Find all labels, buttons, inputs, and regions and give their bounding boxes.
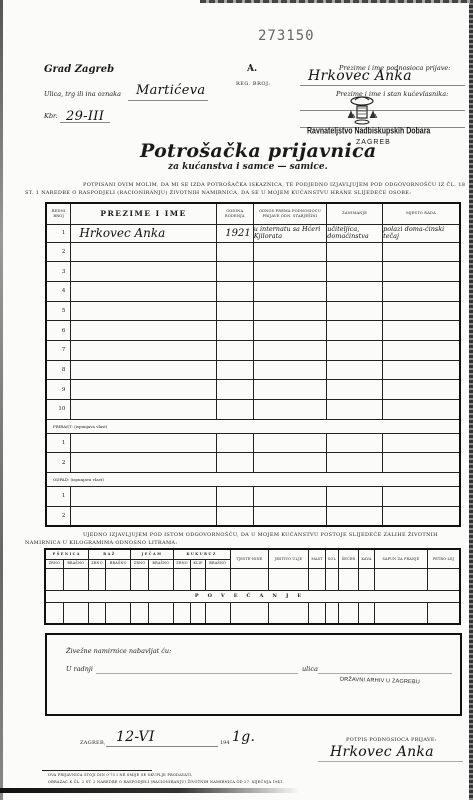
stock-cell[interactable] — [230, 568, 268, 590]
occupation-cell[interactable] — [327, 301, 383, 321]
table-row: 5 — [46, 301, 460, 321]
document-page: 273150 Grad Zagreb A. REG. BROJ: Ulica, … — [0, 0, 473, 800]
occupation-cell[interactable] — [327, 433, 383, 453]
stock-cell[interactable] — [374, 568, 427, 590]
workplace-cell[interactable] — [383, 281, 460, 301]
sub-brasno: BRAŠNO — [106, 559, 131, 568]
page-title: Potrošačka prijavnica — [140, 140, 377, 162]
occupation-cell[interactable] — [327, 506, 383, 526]
signature-label: POTPIS PODNOSIOCA PRIJAVE: — [346, 737, 437, 743]
row-number: 1 — [46, 487, 71, 507]
prirast-section-header: PRIRAST: (ispunjava vlast) — [46, 419, 460, 433]
occupation-cell[interactable] — [327, 281, 383, 301]
date-underline — [106, 746, 218, 747]
stock-cell[interactable] — [63, 568, 88, 590]
stamp-text: Ravnateljstvo Nadbiskupskih Dobara — [307, 127, 430, 136]
household-table: REDNI BROJ PREZIME I IME GODINA RODENJA … — [45, 202, 461, 527]
name-cell[interactable] — [71, 360, 216, 380]
row-number: 9 — [46, 380, 71, 400]
workplace-cell[interactable]: polazi doma-ćinski tečaj — [383, 224, 460, 242]
stock-cell[interactable] — [173, 568, 191, 590]
stock-header-groups: PŠENICA RAŽ JEČAM KUKURUZ TJESTE-NINE JE… — [45, 549, 460, 559]
birth-year-cell[interactable] — [216, 360, 253, 380]
supply-street-input-line[interactable] — [318, 673, 452, 674]
sub-zrno: ZRNO — [173, 559, 191, 568]
stock-table: PŠENICA RAŽ JEČAM KUKURUZ TJESTE-NINE JE… — [44, 548, 461, 625]
birth-year-cell[interactable] — [216, 301, 253, 321]
scan-edge-bottom — [0, 788, 300, 793]
odpad-row: 2 — [46, 506, 460, 526]
workplace-cell[interactable] — [383, 400, 460, 420]
year-value[interactable]: 1g. — [232, 729, 255, 745]
relation-cell[interactable] — [253, 281, 327, 301]
stock-cell[interactable] — [308, 568, 325, 590]
street-value[interactable]: Martićeva — [136, 83, 205, 98]
relation-cell[interactable] — [253, 360, 327, 380]
odpad-row: 1 — [46, 487, 460, 507]
stock-cell[interactable] — [191, 602, 205, 624]
declaration-text: POTPISANI OVIM MOLIM, DA MI SE IZDA POTR… — [25, 181, 470, 197]
sub-klip: KLIP — [191, 559, 205, 568]
relation-cell[interactable] — [253, 433, 327, 453]
table-row: 6 — [46, 321, 460, 341]
supply-heading: Živežne namirnice nabavljat ću: — [66, 647, 171, 655]
stock-cell[interactable] — [63, 602, 88, 624]
serial-number: 273150 — [258, 28, 315, 44]
povecanje-label: POVEĆANJE — [45, 590, 460, 602]
birth-year-cell[interactable] — [216, 262, 253, 282]
stock-cell[interactable] — [338, 568, 358, 590]
row-number: 4 — [46, 281, 71, 301]
footer-rule — [42, 770, 152, 771]
relation-cell[interactable] — [253, 242, 327, 262]
birth-year-cell[interactable] — [216, 453, 253, 473]
workplace-cell[interactable] — [383, 453, 460, 473]
stock-cell[interactable] — [374, 602, 427, 624]
header-birth-year: GODINA RODENJA — [216, 203, 253, 224]
stock-cell[interactable] — [359, 602, 375, 624]
form-series: A. — [247, 64, 257, 74]
name-cell[interactable] — [71, 262, 216, 282]
scan-edge-top — [200, 0, 473, 3]
sub-zrno: ZRNO — [88, 559, 106, 568]
col-sol: SOL — [326, 549, 339, 568]
stock-cell[interactable] — [428, 602, 460, 624]
stock-cell[interactable] — [269, 568, 309, 590]
house-number-value[interactable]: 29-III — [66, 109, 104, 124]
coat-of-arms-stamp-icon — [345, 96, 379, 126]
birth-year-cell[interactable]: 1921 — [216, 224, 253, 242]
house-number-label: Kbr. — [44, 112, 57, 120]
relation-cell[interactable] — [253, 321, 327, 341]
table-row: 2 — [46, 242, 460, 262]
group-kukuruz: KUKURUZ — [173, 549, 230, 559]
stock-values-row — [45, 568, 460, 590]
row-number: 5 — [46, 301, 71, 321]
workplace-cell[interactable] — [383, 340, 460, 360]
stock-cell[interactable] — [428, 568, 460, 590]
prirast-label: PRIRAST: (ispunjava vlast) — [46, 419, 460, 433]
col-petrolej: PETRO-LEJ — [428, 549, 460, 568]
occupation-cell[interactable] — [327, 360, 383, 380]
name-cell[interactable] — [71, 506, 216, 526]
stock-cell[interactable] — [173, 602, 191, 624]
prirast-row: 2 — [46, 453, 460, 473]
applicant-name-value[interactable]: Hrkovec Anka — [308, 68, 412, 84]
workplace-cell[interactable] — [383, 360, 460, 380]
occupation-cell[interactable] — [327, 321, 383, 341]
row-number: 2 — [46, 453, 71, 473]
name-cell[interactable] — [71, 340, 216, 360]
stock-cell[interactable] — [326, 602, 339, 624]
col-sapun: SAPUN ZA PRANJE — [374, 549, 427, 568]
relation-cell[interactable] — [253, 506, 327, 526]
relation-cell[interactable] — [253, 400, 327, 420]
occupation-cell[interactable] — [327, 453, 383, 473]
stock-cell[interactable] — [269, 602, 309, 624]
relation-cell[interactable] — [253, 301, 327, 321]
occupation-cell[interactable] — [327, 262, 383, 282]
table-row: 1 Hrkovec Anka 1921 u internatu sa Hćeri… — [46, 224, 460, 242]
scan-edge-left — [0, 0, 3, 800]
applicant-name-underline — [300, 85, 465, 86]
stock-cell[interactable] — [191, 568, 205, 590]
workplace-cell[interactable] — [383, 321, 460, 341]
stock-cell[interactable] — [131, 568, 149, 590]
occupation-cell[interactable] — [327, 380, 383, 400]
shop-label: U radnji — [66, 665, 93, 673]
table-row: 7 — [46, 340, 460, 360]
birth-year-cell[interactable] — [216, 321, 253, 341]
header-relation: ODNOS PREMA PODNOSIOCU PRIJAVE ODN. STAR… — [253, 203, 327, 224]
name-cell[interactable] — [71, 400, 216, 420]
odpad-label: ODPAD: (ispunjava vlast) — [46, 473, 460, 487]
stock-cell[interactable] — [359, 568, 375, 590]
workplace-cell[interactable] — [383, 433, 460, 453]
header-name: PREZIME I IME — [71, 203, 216, 224]
stock-cell[interactable] — [205, 602, 230, 624]
birth-year-cell[interactable] — [216, 380, 253, 400]
row-number: 7 — [46, 340, 71, 360]
stock-cell[interactable] — [131, 602, 149, 624]
col-jestivo-ulje: JESTIVO ULJE — [269, 549, 309, 568]
reg-broj-label: REG. BROJ: — [236, 81, 270, 87]
relation-cell[interactable]: u internatu sa Hćeri Kjilorata — [253, 224, 327, 242]
name-cell[interactable] — [71, 380, 216, 400]
group-psenica: PŠENICA — [45, 549, 88, 559]
birth-year-cell[interactable] — [216, 506, 253, 526]
name-cell[interactable] — [71, 453, 216, 473]
header-workplace: MJESTO RADA — [383, 203, 460, 224]
stock-cell[interactable] — [230, 602, 268, 624]
row-number: 3 — [46, 262, 71, 282]
year-prefix: 194 — [220, 740, 230, 746]
relation-cell[interactable] — [253, 340, 327, 360]
name-cell[interactable] — [71, 281, 216, 301]
table-row: 9 — [46, 380, 460, 400]
city-label: Grad Zagreb — [44, 64, 114, 75]
row-number: 6 — [46, 321, 71, 341]
name-cell[interactable] — [71, 321, 216, 341]
name-cell[interactable] — [71, 301, 216, 321]
workplace-cell[interactable] — [383, 242, 460, 262]
stock-cell[interactable] — [205, 568, 230, 590]
signature-value[interactable]: Hrkovec Anka — [330, 744, 434, 760]
name-cell[interactable] — [71, 433, 216, 453]
birth-year-cell[interactable] — [216, 242, 253, 262]
occupation-cell[interactable] — [327, 340, 383, 360]
stock-cell[interactable] — [88, 602, 106, 624]
scan-edge-right — [469, 0, 473, 800]
stock-cell[interactable] — [45, 568, 63, 590]
row-number: 1 — [46, 224, 71, 242]
header-occupation: ZANIMANJE — [327, 203, 383, 224]
row-number: 10 — [46, 400, 71, 420]
birth-year-cell[interactable] — [216, 281, 253, 301]
owner-underline-1 — [300, 110, 465, 111]
table-row: 4 — [46, 281, 460, 301]
workplace-cell[interactable] — [383, 487, 460, 507]
occupation-cell[interactable] — [327, 487, 383, 507]
group-jecam: JEČAM — [131, 549, 174, 559]
sub-brasno: BRAŠNO — [205, 559, 230, 568]
occupation-cell[interactable]: učiteljica, domaćinstva — [327, 224, 383, 242]
occupation-cell[interactable] — [327, 242, 383, 262]
supply-box — [45, 633, 462, 716]
row-number: 8 — [46, 360, 71, 380]
birth-year-cell[interactable] — [216, 340, 253, 360]
supply-street-label: ulica — [302, 665, 318, 673]
sub-brasno: BRAŠNO — [63, 559, 88, 568]
relation-cell[interactable] — [253, 453, 327, 473]
stock-increase-row — [45, 602, 460, 624]
col-secer: ŠEĆER — [338, 549, 358, 568]
stock-declaration-text: UJEDNO IZJAVLJUJEM POD ISTOM ODGOVORNOŠĆ… — [25, 531, 470, 547]
sub-brasno: BRAŠNO — [148, 559, 173, 568]
stock-cell[interactable] — [45, 602, 63, 624]
street-label: Ulica, trg ili ina oznaka — [44, 90, 121, 98]
stock-cell[interactable] — [148, 568, 173, 590]
stock-cell[interactable] — [88, 568, 106, 590]
row-number: 2 — [46, 242, 71, 262]
table-row: 8 — [46, 360, 460, 380]
col-mast: MAST — [308, 549, 325, 568]
birth-year-cell[interactable] — [216, 487, 253, 507]
page-subtitle: za kućanstva i samce — samice. — [168, 162, 328, 172]
workplace-cell[interactable] — [383, 380, 460, 400]
stock-cell[interactable] — [106, 602, 131, 624]
stock-cell[interactable] — [308, 602, 325, 624]
signature-underline — [318, 761, 463, 762]
relation-cell[interactable] — [253, 262, 327, 282]
stock-cell[interactable] — [106, 568, 131, 590]
row-number: 2 — [46, 506, 71, 526]
table-row: 3 — [46, 262, 460, 282]
sub-zrno: ZRNO — [131, 559, 149, 568]
place-label: ZAGREB, — [80, 740, 106, 746]
name-cell[interactable] — [71, 487, 216, 507]
prirast-row: 1 — [46, 433, 460, 453]
occupation-cell[interactable] — [327, 400, 383, 420]
relation-cell[interactable] — [253, 487, 327, 507]
table-row: 10 — [46, 400, 460, 420]
stock-cell[interactable] — [326, 568, 339, 590]
workplace-cell[interactable] — [383, 262, 460, 282]
col-kava: KAVA — [359, 549, 375, 568]
col-tjestenine: TJESTE-NINE — [230, 549, 268, 568]
date-value[interactable]: 12-VI — [116, 729, 155, 745]
header-redni-broj: REDNI BROJ — [46, 203, 71, 224]
sub-zrno: ZRNO — [45, 559, 63, 568]
street-underline — [128, 100, 208, 101]
relation-cell[interactable] — [253, 380, 327, 400]
birth-year-cell[interactable] — [216, 400, 253, 420]
name-cell[interactable] — [71, 242, 216, 262]
stock-cell[interactable] — [148, 602, 173, 624]
stock-cell[interactable] — [338, 602, 358, 624]
workplace-cell[interactable] — [383, 301, 460, 321]
footer-note-regulation: OBRAZAC K ČL. 2 ST. 2 NAREDBE O RASPODJE… — [48, 780, 284, 784]
name-cell[interactable]: Hrkovec Anka — [71, 224, 216, 242]
birth-year-cell[interactable] — [216, 433, 253, 453]
row-number: 1 — [46, 433, 71, 453]
workplace-cell[interactable] — [383, 506, 460, 526]
shop-input-line[interactable] — [96, 673, 298, 674]
odpad-section-header: ODPAD: (ispunjava vlast) — [46, 473, 460, 487]
group-raz: RAŽ — [88, 549, 131, 559]
footer-note-price: OVA PRIJAVNICA STOJI DIN 0'75 I NE SMIJE… — [48, 773, 192, 777]
povecanje-row: POVEĆANJE — [45, 590, 460, 602]
household-table-header: REDNI BROJ PREZIME I IME GODINA RODENJA … — [46, 203, 460, 224]
